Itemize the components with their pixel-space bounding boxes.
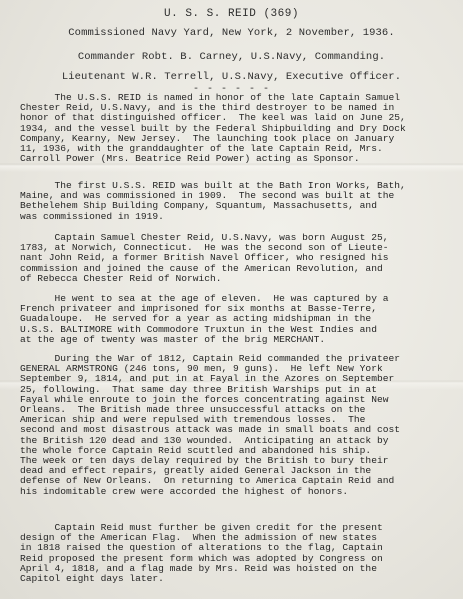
paragraph-american-flag: Captain Reid must further be given credi… (20, 523, 450, 584)
executive-officer-line: Lieutenant W.R. Terrell, U.S.Navy, Execu… (0, 71, 463, 83)
paragraph-war-of-1812: During the War of 1812, Captain Reid com… (20, 354, 450, 497)
text-line: Capitol eight days later. (20, 574, 450, 584)
typewritten-document-page: U. S. S. REID (369) Commissioned Navy Ya… (0, 0, 463, 599)
paragraph-early-career: He went to sea at the age of eleven. He … (20, 294, 450, 345)
text-line: was commissioned in 1919. (20, 212, 450, 222)
paragraph-naming-and-construction: The U.S.S. REID is named in honor of the… (20, 93, 450, 164)
paragraph-previous-ships: The first U.S.S. REID was built at the B… (20, 181, 450, 222)
text-line: of Rebecca Chester Reid of Norwich. (20, 274, 450, 284)
paragraph-captain-birth: Captain Samuel Chester Reid, U.S.Navy, w… (20, 233, 450, 284)
commissioned-line: Commissioned Navy Yard, New York, 2 Nove… (0, 27, 463, 39)
text-line: at the age of twenty was master of the b… (20, 335, 450, 345)
commander-line: Commander Robt. B. Carney, U.S.Navy, Com… (0, 51, 463, 63)
document-title: U. S. S. REID (369) (0, 8, 463, 20)
text-line: Carroll Power (Mrs. Beatrice Reid Power)… (20, 154, 450, 164)
text-line: his indomitable crew were accorded the h… (20, 487, 450, 497)
